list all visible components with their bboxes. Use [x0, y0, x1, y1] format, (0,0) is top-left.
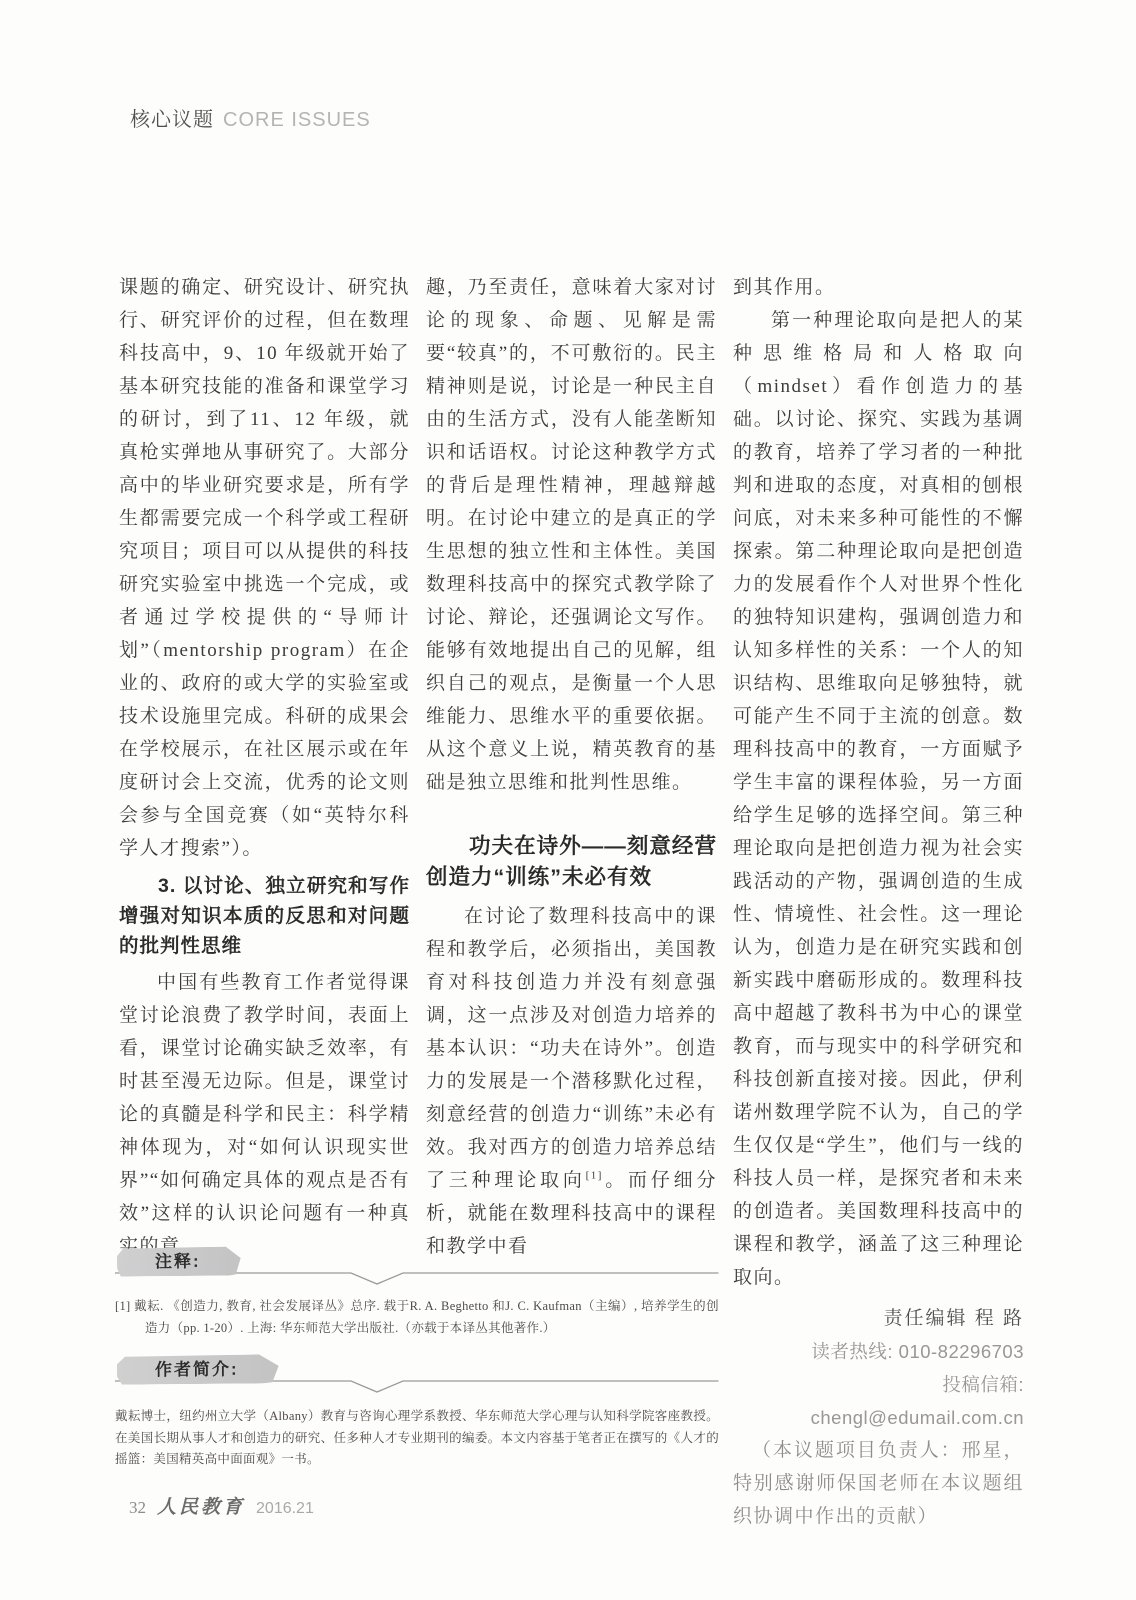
author-bio: 戴耘博士，纽约州立大学（Albany）教育与咨询心理学系教授、华东师范大学心理与…	[115, 1406, 719, 1471]
article-body: 课题的确定、研究设计、研究执行、研究评价的过程，但在数理科技高中，9、10 年级…	[119, 271, 1024, 1533]
magazine-name: 人民教育	[157, 1492, 245, 1519]
column-2: 趣，乃至责任，意味着大家对讨论的现象、命题、见解是需要“较真”的，不可敷衍的。民…	[426, 271, 717, 1533]
reader-hotline: 读者热线: 010-82296703	[733, 1335, 1024, 1368]
section-title-cn: 核心议题	[130, 109, 214, 131]
paragraph: 趣，乃至责任，意味着大家对讨论的现象、命题、见解是需要“较真”的，不可敷衍的。民…	[426, 271, 717, 799]
acknowledgement: （本议题项目负责人：邢星，特别感谢师保国老师在本议题组织协调中作出的贡献）	[733, 1434, 1024, 1533]
section-heading: 功夫在诗外——刻意经营创造力“训练”未必有效	[426, 831, 717, 893]
editor-credit: 责任编辑 程 路	[733, 1302, 1024, 1335]
paragraph: 中国有些教育工作者觉得课堂讨论浪费了教学时间，表面上看，课堂讨论确实缺乏效率，有…	[119, 966, 410, 1263]
page-header: 核心议题CORE ISSUES	[130, 103, 371, 132]
author-label-band: 作者简介:	[117, 1354, 279, 1384]
column-3: 到其作用。 第一种理论取向是把人的某种思维格局和人格取向（mindset）看作创…	[733, 271, 1024, 1533]
paragraph: 课题的确定、研究设计、研究执行、研究评价的过程，但在数理科技高中，9、10 年级…	[119, 271, 410, 865]
issue-number: 2016.21	[256, 1500, 314, 1518]
notes-label-band: 注释:	[117, 1246, 241, 1276]
paragraph: 在讨论了数理科技高中的课程和教学后，必须指出，美国教育对科技创造力并没有刻意强调…	[426, 900, 717, 1263]
page-number: 32	[129, 1498, 146, 1518]
footnote-item: [1] 戴耘. 《创造力, 教育, 社会发展译丛》总序. 载于R. A. Beg…	[115, 1296, 719, 1339]
column-1: 课题的确定、研究设计、研究执行、研究评价的过程，但在数理科技高中，9、10 年级…	[119, 271, 410, 1533]
author-intro-section: 作者简介: 戴耘博士，纽约州立大学（Albany）教育与咨询心理学系教授、华东师…	[115, 1355, 719, 1471]
paragraph: 到其作用。	[733, 271, 1024, 304]
submission-email: 投稿信箱: chengl@edumail.com.cn	[733, 1368, 1024, 1434]
page-footer: 32 人民教育 2016.21	[129, 1492, 314, 1519]
paragraph: 第一种理论取向是把人的某种思维格局和人格取向（mindset）看作创造力的基础。…	[733, 304, 1024, 1294]
footnote-ref: [1]	[586, 1170, 603, 1182]
subsection-heading: 3. 以讨论、独立研究和写作增强对知识本质的反思和对问题的批判性思维	[119, 871, 410, 961]
paragraph-text: 在讨论了数理科技高中的课程和教学后，必须指出，美国教育对科技创造力并没有刻意强调…	[426, 906, 717, 1191]
magazine-page: 核心议题CORE ISSUES 课题的确定、研究设计、研究执行、研究评价的过程，…	[0, 0, 1136, 1600]
notes-section: 注释: [1] 戴耘. 《创造力, 教育, 社会发展译丛》总序. 载于R. A.…	[115, 1247, 719, 1339]
section-title-en: CORE ISSUES	[223, 109, 371, 131]
